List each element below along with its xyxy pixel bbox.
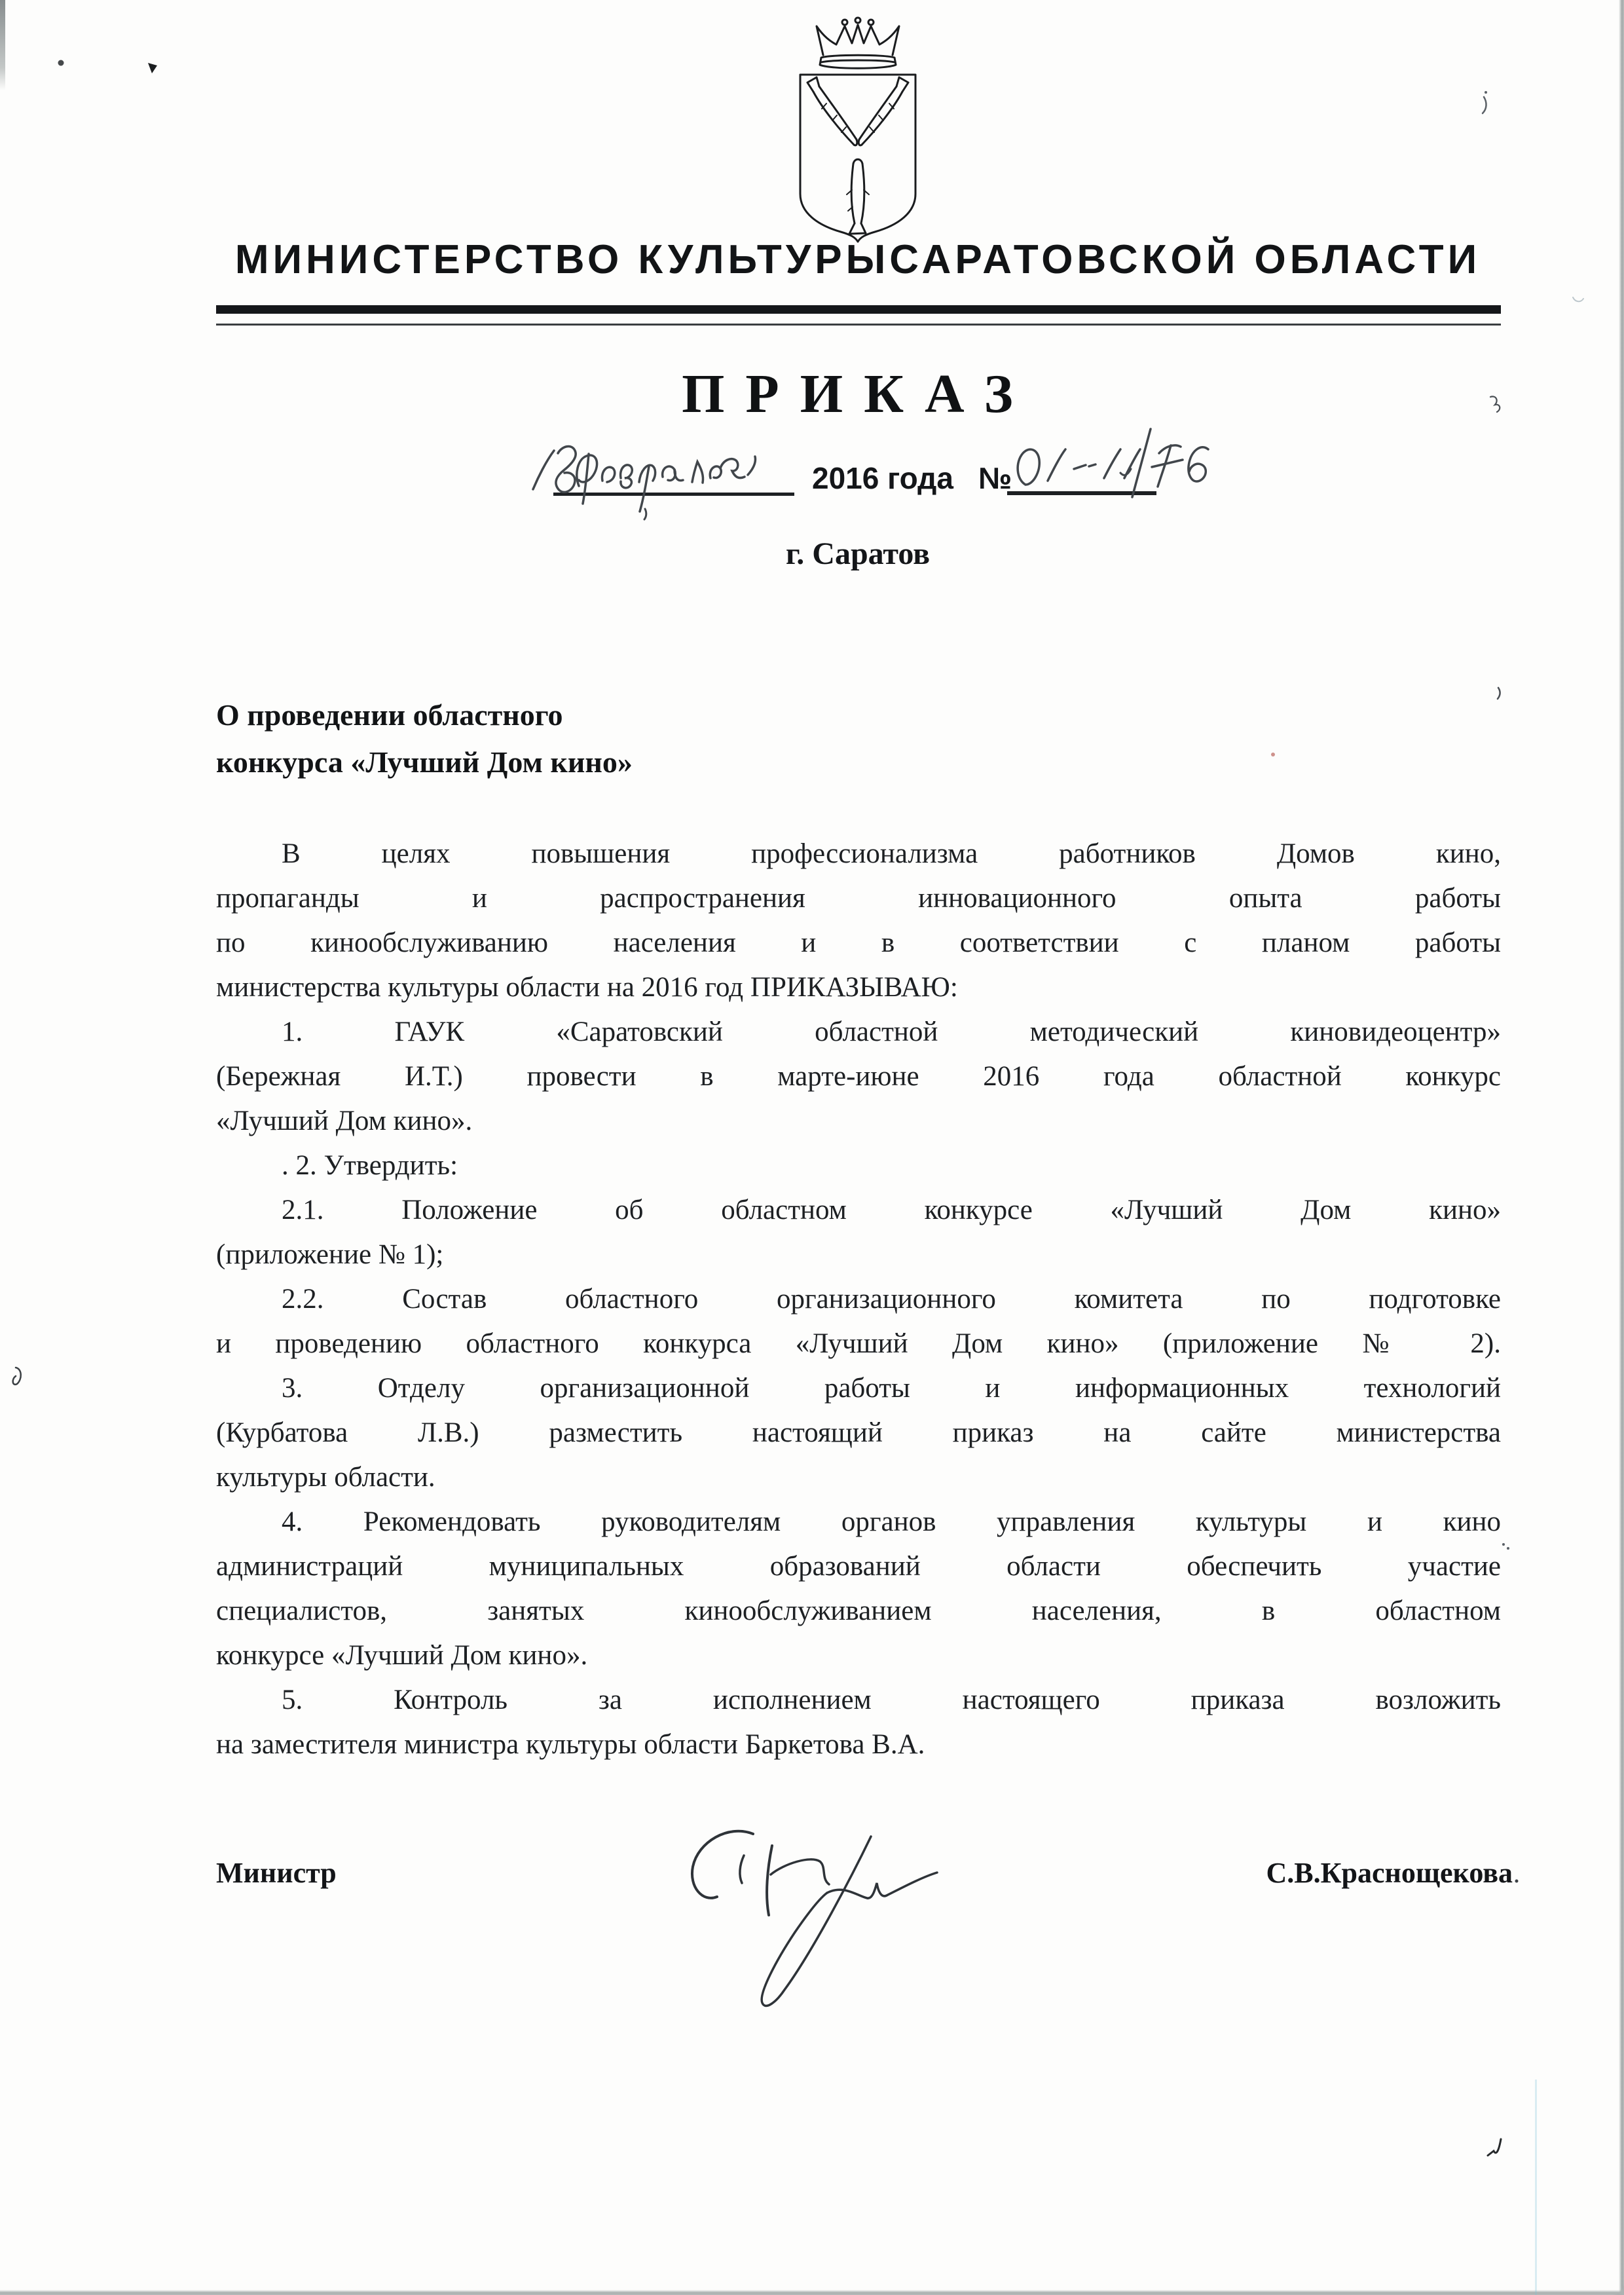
- minister-name: С.В.Краснощекова: [1080, 1855, 1513, 1892]
- organization-name: МИНИСТЕРСТВО КУЛЬТУРЫСАРАТОВСКОЙ ОБЛАСТИ: [170, 237, 1545, 283]
- body-line: пропаганды и распространения инновационн…: [216, 876, 1501, 921]
- body-line: специалистов, занятых кинообслуживанием …: [216, 1589, 1501, 1633]
- scanned-order-document: МИНИСТЕРСТВО КУЛЬТУРЫСАРАТОВСКОЙ ОБЛАСТИ…: [0, 0, 1624, 2295]
- subject-line-1: О проведении областного: [216, 692, 858, 739]
- body-line: 2.2. Состав областного организационного …: [216, 1277, 1501, 1322]
- body-line: министерства культуры области на 2016 го…: [216, 965, 1501, 1010]
- subject-block: О проведении областного конкурса «Лучший…: [216, 692, 858, 786]
- date-printed-text: 2016 года№: [812, 461, 1012, 495]
- document-title: ПРИКАЗ: [216, 364, 1500, 424]
- body-line: 3. Отделу организационной работы и инфор…: [216, 1366, 1501, 1411]
- printed-year: 2016 года: [812, 461, 953, 495]
- body-line: (Курбатова Л.В.) разместить настоящий пр…: [216, 1411, 1501, 1455]
- scan-edge-left: [0, 0, 5, 90]
- body-block: В целях повышения профессионализма работ…: [216, 832, 1501, 1767]
- handwritten-date: [533, 446, 755, 519]
- handwritten-number: [1018, 429, 1208, 497]
- body-line: 4. Рекомендовать руководителям органов у…: [216, 1500, 1501, 1544]
- coat-of-arms-icon: [800, 18, 915, 242]
- number-underline: [1007, 491, 1156, 495]
- body-line: и проведению областного конкурса «Лучший…: [216, 1322, 1501, 1366]
- body-line: 1. ГАУК «Саратовский областной методичес…: [216, 1010, 1501, 1054]
- body-line: на заместителя министра культуры области…: [216, 1723, 1501, 1767]
- body-line: по кинообслуживанию населения и в соотве…: [216, 921, 1501, 965]
- body-line: культуры области.: [216, 1455, 1501, 1500]
- minister-title: Министр: [216, 1855, 337, 1892]
- body-line: (Бережная И.Т.) провести в марте-июне 20…: [216, 1054, 1501, 1099]
- scan-corner-bottom-right: [1598, 2269, 1624, 2295]
- body-line: В целях повышения профессионализма работ…: [216, 832, 1501, 876]
- scan-edge-right: [1619, 0, 1624, 2295]
- header-rule-thin: [216, 324, 1501, 326]
- body-line: «Лучший Дом кино».: [216, 1099, 1501, 1144]
- subject-line-2: конкурса «Лучший Дом кино»: [216, 739, 858, 786]
- scan-blue-line-artifact: [1535, 2080, 1537, 2295]
- city-line: г. Саратов: [216, 536, 1500, 572]
- number-sign: №: [978, 461, 1012, 495]
- scan-edge-bottom: [0, 2290, 1624, 2295]
- body-line: конкурсе «Лучший Дом кино».: [216, 1633, 1501, 1678]
- body-line: администраций муниципальных образований …: [216, 1544, 1501, 1589]
- minister-signature: [692, 1831, 937, 2006]
- body-line: 5. Контроль за исполнением настоящего пр…: [216, 1678, 1501, 1723]
- header-rule-thick: [216, 305, 1501, 314]
- date-underline: [553, 493, 794, 496]
- body-line: 2.1. Положение об областном конкурсе «Лу…: [216, 1188, 1501, 1233]
- body-line: (приложение № 1);: [216, 1233, 1501, 1277]
- body-line: . 2. Утвердить:: [216, 1144, 1501, 1188]
